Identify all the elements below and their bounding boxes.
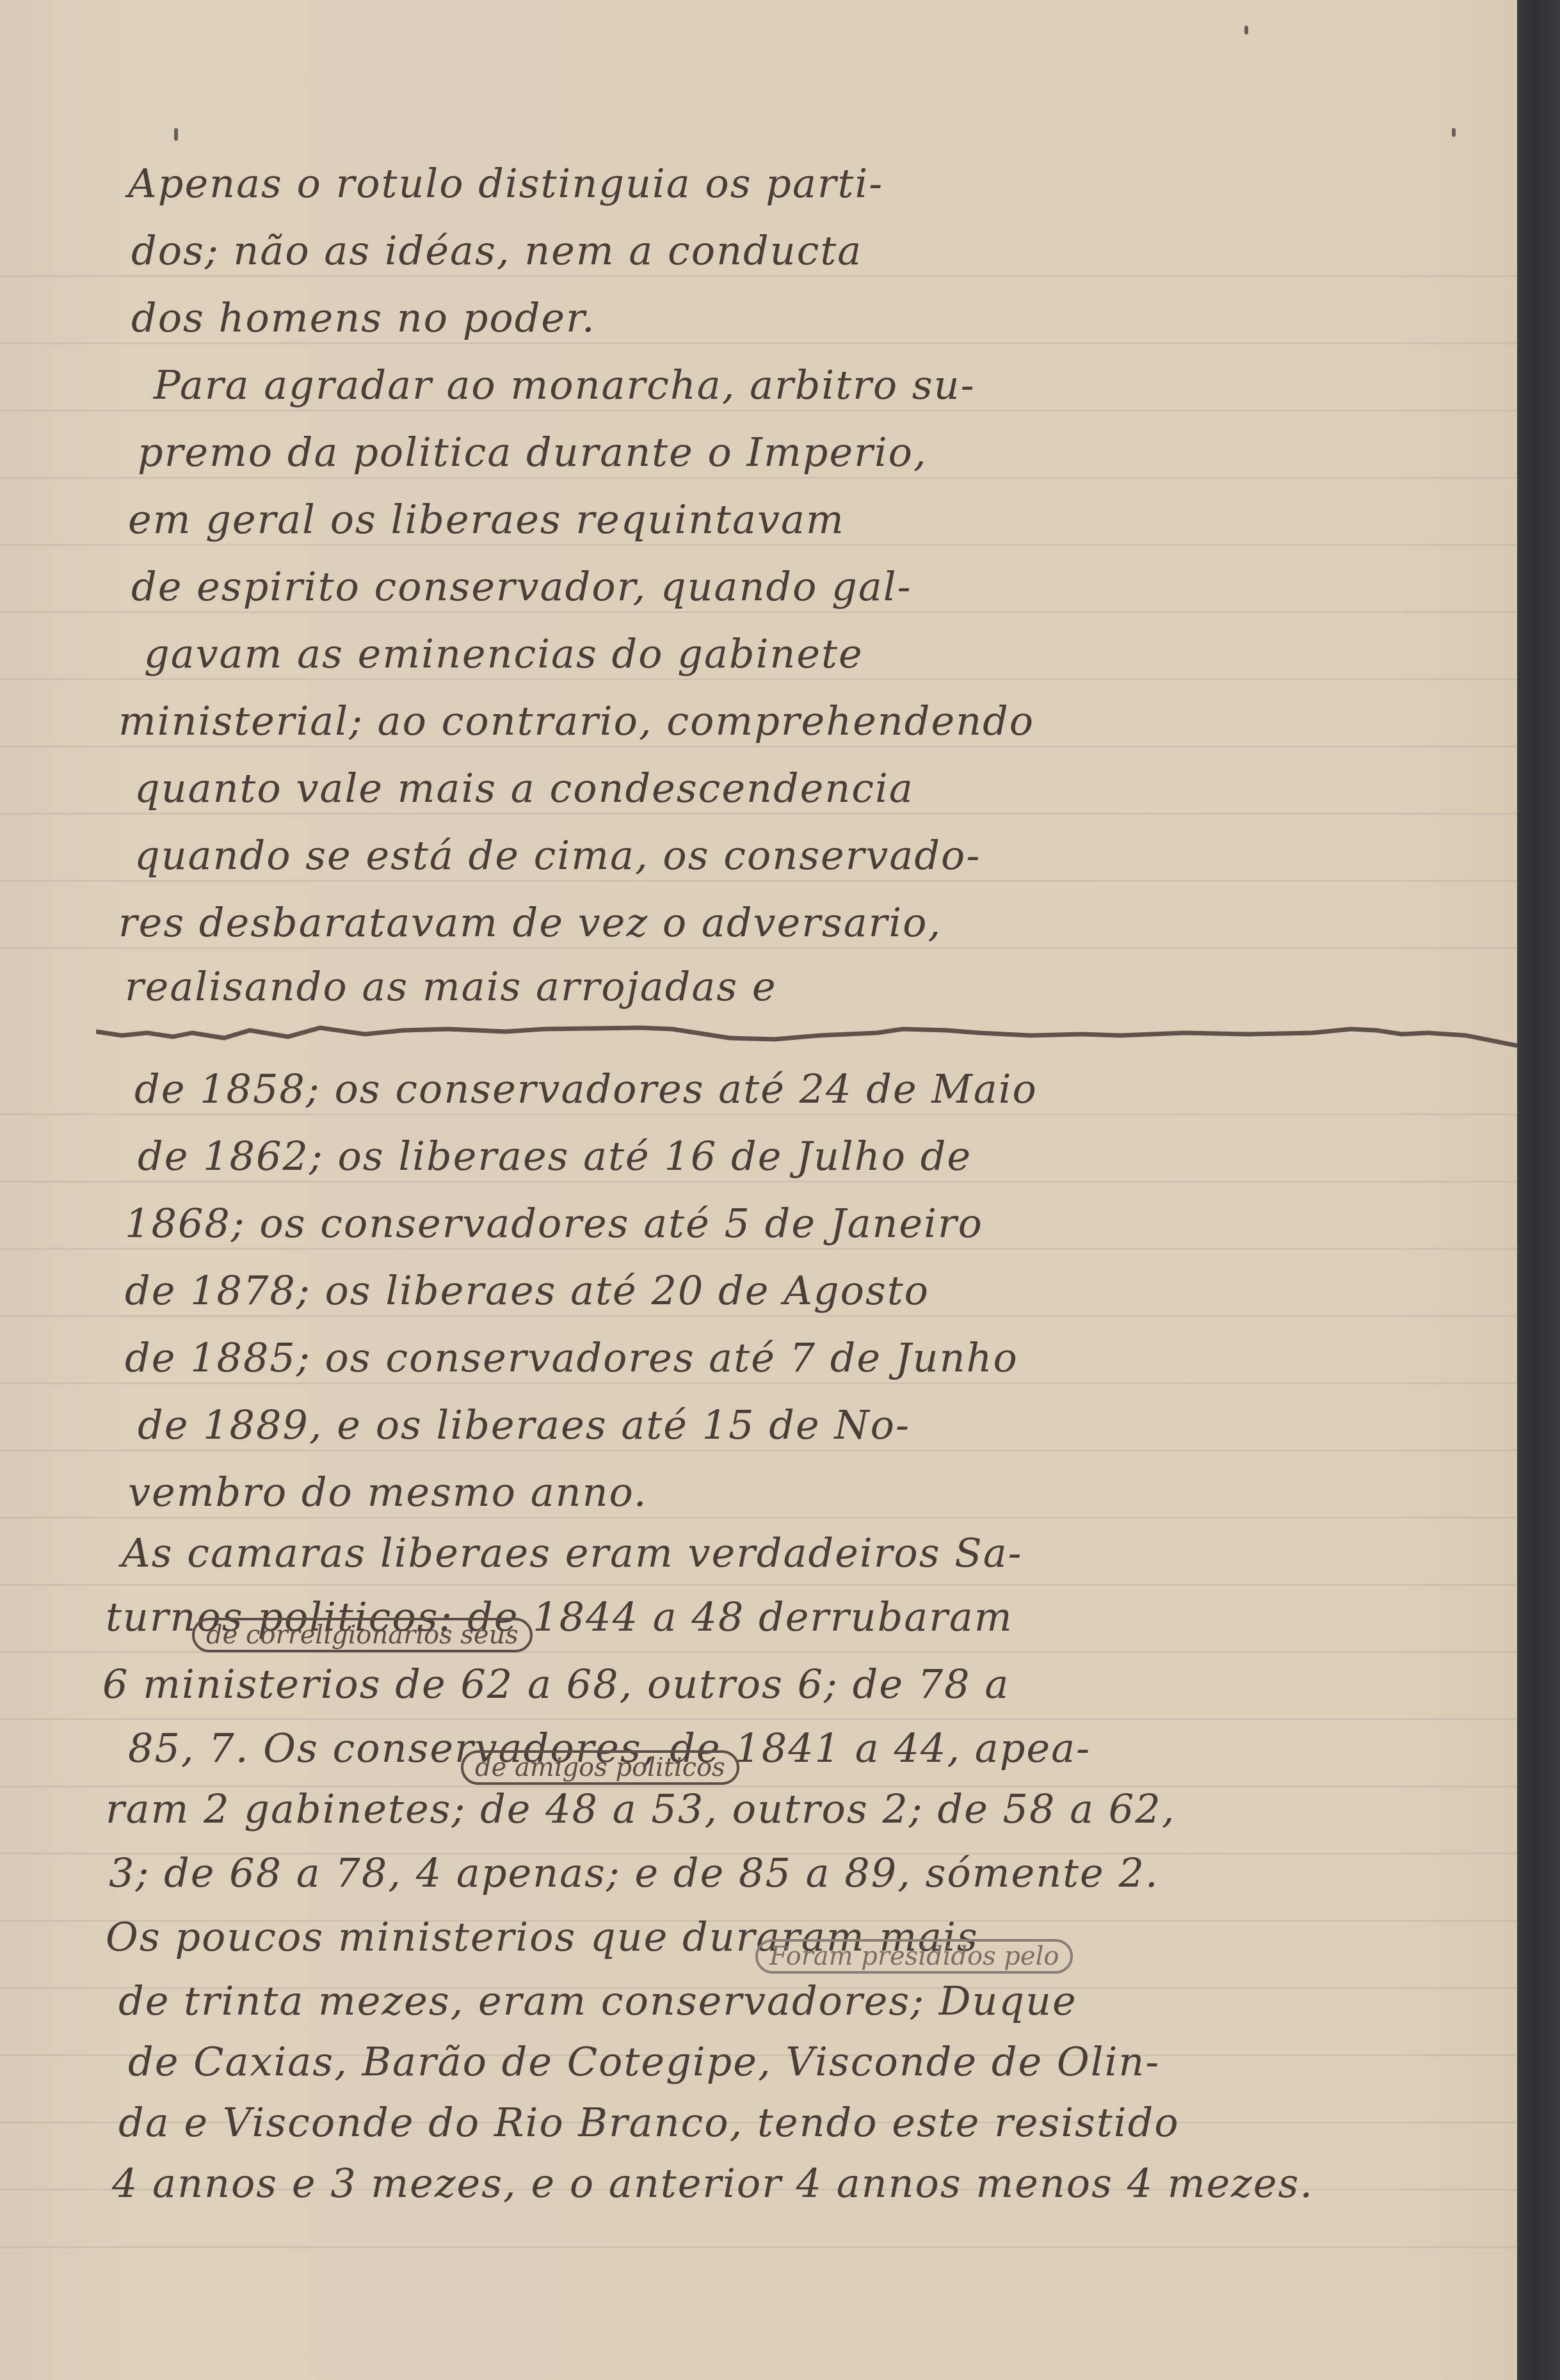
text-line: Apenas o rotulo distinguia os parti-: [0, 160, 1560, 207]
text-line: da e Visconde do Rio Branco, tendo este …: [0, 2099, 1560, 2146]
ruled-line: [0, 410, 1517, 411]
text-line: dos; não as idéas, nem a conducta: [0, 227, 1560, 274]
text-line: 1868; os conservadores até 5 de Janeiro: [0, 1200, 1560, 1247]
text-line: As camaras liberaes eram verdadeiros Sa-: [0, 1529, 1560, 1576]
interlinear-note-ink: de amigos politicos: [461, 1750, 739, 1785]
ruled-line: [0, 1181, 1517, 1183]
manuscript-page: Apenas o rotulo distinguia os parti- dos…: [0, 0, 1517, 2380]
text-line: vembro do mesmo anno.: [0, 1469, 1560, 1515]
text-line: ram 2 gabinetes; de 48 a 53, outros 2; d…: [0, 1785, 1560, 1832]
ruled-line: [0, 1718, 1517, 1720]
text-line: quando se está de cima, os conservado-: [0, 832, 1560, 879]
text-line: de 1862; os liberaes até 16 de Julho de: [0, 1133, 1560, 1179]
wavy-divider-line: [96, 1024, 1517, 1050]
text-line: 85, 7. Os conservadores, de 1841 a 44, a…: [0, 1725, 1560, 1771]
ink-speck: [174, 128, 178, 141]
text-line: de espirito conservador, quando gal-: [0, 563, 1560, 610]
ruled-line: [0, 813, 1517, 815]
text-line: 4 annos e 3 mezes, e o anterior 4 annos …: [0, 2160, 1560, 2207]
ruled-line: [0, 678, 1517, 680]
ruled-line: [0, 342, 1517, 344]
ruled-line: [0, 1382, 1517, 1384]
ruled-line: [0, 1517, 1517, 1519]
ruled-line: [0, 275, 1517, 277]
text-line: de 1878; os liberaes até 20 de Agosto: [0, 1267, 1560, 1314]
ink-speck: [1452, 128, 1456, 137]
text-line: quanto vale mais a condescendencia: [0, 765, 1560, 811]
text-line: Para agradar ao monarcha, arbitro su-: [0, 362, 1560, 408]
book-binding-edge: [1517, 0, 1560, 2380]
ruled-line: [0, 1584, 1517, 1586]
ruled-line: [0, 2246, 1517, 2248]
ruled-line: [0, 611, 1517, 613]
text-line: de trinta mezes, eram conservadores; Duq…: [0, 1977, 1560, 2024]
text-line: res desbaratavam de vez o adversario,: [0, 899, 1560, 946]
ruled-line: [0, 1114, 1517, 1115]
ruled-line: [0, 880, 1517, 882]
text-line: premo da politica durante o Imperio,: [0, 429, 1560, 475]
ruled-line: [0, 746, 1517, 747]
ink-speck: [1244, 26, 1248, 35]
ruled-line: [0, 544, 1517, 546]
text-line: realisando as mais arrojadas e: [0, 963, 1560, 1010]
ruled-line: [0, 1315, 1517, 1317]
text-line: em geral os liberaes requintavam: [0, 496, 1560, 543]
ruled-line: [0, 1248, 1517, 1250]
text-line: 3; de 68 a 78, 4 apenas; e de 85 a 89, s…: [0, 1849, 1560, 1896]
text-line: de 1889, e os liberaes até 15 de No-: [0, 1402, 1560, 1448]
text-line: de 1858; os conservadores até 24 de Maio: [0, 1066, 1560, 1112]
text-line: ministerial; ao contrario, comprehendend…: [0, 698, 1560, 744]
ruled-line: [0, 1450, 1517, 1451]
text-line: dos homens no poder.: [0, 294, 1560, 341]
interlinear-note-pencil: Foram presididos pelo: [755, 1939, 1073, 1974]
interlinear-note-ink: de correligionarios seus: [192, 1618, 533, 1652]
text-line: gavam as eminencias do gabinete: [0, 630, 1560, 677]
text-line: de 1885; os conservadores até 7 de Junho: [0, 1334, 1560, 1381]
text-line: de Caxias, Barão de Cotegipe, Visconde d…: [0, 2038, 1560, 2085]
text-line: 6 ministerios de 62 a 68, outros 6; de 7…: [0, 1661, 1560, 1707]
ruled-line: [0, 477, 1517, 479]
ruled-line: [0, 947, 1517, 949]
